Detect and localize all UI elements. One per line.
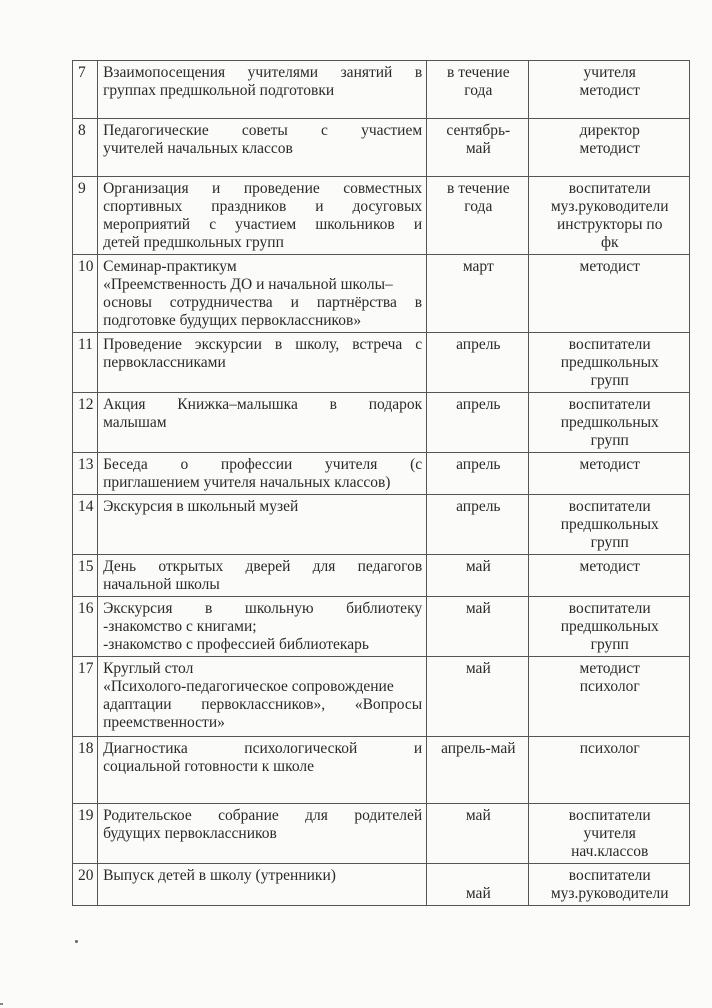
term-cell-line: апрель — [432, 336, 524, 354]
event-cell: Родительское собрание для родителейбудущ… — [98, 804, 427, 864]
responsible-cell-line: фк — [534, 234, 685, 252]
event-cell: Диагностика психологической исоциальной … — [98, 737, 427, 804]
responsible-cell: методистпсихолог — [529, 657, 690, 737]
responsible-cell-line: предшкольных — [534, 414, 685, 432]
stray-dot-mark — [75, 940, 78, 943]
term-cell-line: май — [432, 558, 524, 576]
responsible-cell: воспитателипредшкольныхгрупп — [529, 495, 690, 555]
event-cell-line: «Преемственность ДО и начальной школы– — [103, 276, 422, 294]
event-cell: Семинар-практикум«Преемственность ДО и н… — [98, 255, 427, 333]
row-number: 8 — [73, 119, 98, 177]
event-cell: Организация и проведение совместныхспорт… — [98, 177, 427, 255]
row-number: 17 — [73, 657, 98, 737]
table-row: 16Экскурсия в школьную библиотеку-знаком… — [73, 597, 690, 657]
event-cell-line: мероприятий с участием школьников и — [103, 216, 422, 234]
event-cell: Педагогические советы с участиемучителей… — [98, 119, 427, 177]
row-number: 20 — [73, 864, 98, 906]
responsible-cell-line: групп — [534, 636, 685, 654]
responsible-cell-line: методист — [534, 258, 685, 276]
table-row: 9Организация и проведение совместныхспор… — [73, 177, 690, 255]
responsible-cell-line: методист — [534, 660, 685, 678]
table-row: 14Экскурсия в школьный музейапрельвоспит… — [73, 495, 690, 555]
responsible-cell-line: директор — [534, 122, 685, 140]
table-row: 8Педагогические советы с участиемучителе… — [73, 119, 690, 177]
events-plan-table: 7Взаимопосещения учителями занятий вгруп… — [72, 60, 690, 906]
responsible-cell-line: нач.классов — [534, 843, 685, 861]
event-cell-line: Акция Книжка–малышка в подарок — [103, 396, 422, 414]
term-cell-line: май — [432, 600, 524, 618]
responsible-cell-line: методист — [534, 456, 685, 474]
event-cell-line: адаптации первоклассников», «Вопросы — [103, 696, 422, 714]
event-cell: День открытых дверей для педагоговначаль… — [98, 555, 427, 597]
responsible-cell-line: воспитатели — [534, 336, 685, 354]
event-cell-line: будущих первоклассников — [103, 825, 422, 843]
scan-corner-mark — [0, 1003, 3, 1005]
term-cell: май — [427, 597, 529, 657]
event-cell-line: Экскурсия в школьный музей — [103, 498, 422, 516]
document-page: 7Взаимопосещения учителями занятий вгруп… — [0, 0, 712, 1008]
responsible-cell: воспитателимуз.руководители — [529, 864, 690, 906]
event-cell: Круглый стол«Психолого-педагогическое со… — [98, 657, 427, 737]
row-number: 7 — [73, 61, 98, 119]
event-cell-line: Взаимопосещения учителями занятий в — [103, 64, 422, 82]
event-cell-line: Выпуск детей в школу (утренники) — [103, 867, 422, 885]
event-cell: Акция Книжка–малышка в подарокмалышам — [98, 393, 427, 453]
term-cell: май — [427, 804, 529, 864]
event-cell-line: группах предшкольной подготовки — [103, 82, 422, 100]
term-cell-line: апрель — [432, 456, 524, 474]
table-row: 20Выпуск детей в школу (утренники) майво… — [73, 864, 690, 906]
term-cell: апрель-май — [427, 737, 529, 804]
responsible-cell-line: воспитатели — [534, 396, 685, 414]
row-number: 13 — [73, 453, 98, 495]
term-cell: апрель — [427, 393, 529, 453]
responsible-cell-line: предшкольных — [534, 354, 685, 372]
term-cell-line: май — [432, 660, 524, 678]
term-cell: март — [427, 255, 529, 333]
term-cell-line: март — [432, 258, 524, 276]
row-number: 15 — [73, 555, 98, 597]
term-cell: сентябрь-май — [427, 119, 529, 177]
term-cell: май — [427, 555, 529, 597]
responsible-cell: учителяметодист — [529, 61, 690, 119]
event-cell-line: малышам — [103, 414, 422, 432]
term-cell: апрель — [427, 495, 529, 555]
responsible-cell-line: групп — [534, 432, 685, 450]
event-cell-line: приглашением учителя начальных классов) — [103, 474, 422, 492]
event-cell-line: Организация и проведение совместных — [103, 180, 422, 198]
responsible-cell-line: методист — [534, 140, 685, 158]
event-cell: Экскурсия в школьный музей — [98, 495, 427, 555]
term-cell-line: апрель-май — [432, 740, 524, 758]
table-row: 18Диагностика психологической исоциально… — [73, 737, 690, 804]
table-row: 19Родительское собрание для родителейбуд… — [73, 804, 690, 864]
table-row: 13Беседа о профессии учителя (сприглашен… — [73, 453, 690, 495]
row-number: 11 — [73, 333, 98, 393]
responsible-cell: воспитателипредшкольныхгрупп — [529, 393, 690, 453]
term-cell-line: апрель — [432, 498, 524, 516]
term-cell-line — [432, 867, 524, 885]
row-number: 9 — [73, 177, 98, 255]
event-cell-line: учителей начальных классов — [103, 140, 422, 158]
term-cell-line: в течение — [432, 64, 524, 82]
term-cell-line: года — [432, 82, 524, 100]
responsible-cell-line: групп — [534, 534, 685, 552]
event-cell-line: основы сотрудничества и партнёрства в — [103, 294, 422, 312]
responsible-cell: воспитателимуз.руководителиинструкторы п… — [529, 177, 690, 255]
row-number: 18 — [73, 737, 98, 804]
term-cell-line: апрель — [432, 396, 524, 414]
event-cell-line: -знакомство с профессией библиотекарь — [103, 636, 422, 654]
responsible-cell: воспитателипредшкольныхгрупп — [529, 333, 690, 393]
event-cell-line: первоклассниками — [103, 354, 422, 372]
responsible-cell-line: психолог — [534, 740, 685, 758]
event-cell-line: преемственности» — [103, 714, 422, 732]
responsible-cell-line: воспитатели — [534, 867, 685, 885]
event-cell-line: -знакомство с книгами; — [103, 618, 422, 636]
responsible-cell-line: воспитатели — [534, 600, 685, 618]
responsible-cell: воспитателипредшкольныхгрупп — [529, 597, 690, 657]
event-cell-line: начальной школы — [103, 576, 422, 594]
responsible-cell-line: воспитатели — [534, 498, 685, 516]
table-row: 12Акция Книжка–малышка в подарокмалышама… — [73, 393, 690, 453]
term-cell: апрель — [427, 453, 529, 495]
responsible-cell: методист — [529, 453, 690, 495]
event-cell-line: Круглый стол — [103, 660, 422, 678]
term-cell: в течениегода — [427, 61, 529, 119]
event-cell: Экскурсия в школьную библиотеку-знакомст… — [98, 597, 427, 657]
event-cell: Беседа о профессии учителя (сприглашение… — [98, 453, 427, 495]
table-row: 10Семинар-практикум«Преемственность ДО и… — [73, 255, 690, 333]
table-body: 7Взаимопосещения учителями занятий вгруп… — [73, 61, 690, 906]
event-cell-line: День открытых дверей для педагогов — [103, 558, 422, 576]
row-number: 14 — [73, 495, 98, 555]
event-cell: Проведение экскурсии в школу, встреча сп… — [98, 333, 427, 393]
responsible-cell-line: психолог — [534, 678, 685, 696]
table-row: 17Круглый стол«Психолого-педагогическое … — [73, 657, 690, 737]
event-cell-line: Экскурсия в школьную библиотеку — [103, 600, 422, 618]
responsible-cell-line: инструкторы по — [534, 216, 685, 234]
responsible-cell: методист — [529, 555, 690, 597]
event-cell-line: Педагогические советы с участием — [103, 122, 422, 140]
term-cell-line: май — [432, 140, 524, 158]
term-cell-line: сентябрь- — [432, 122, 524, 140]
event-cell: Выпуск детей в школу (утренники) — [98, 864, 427, 906]
term-cell-line: в течение — [432, 180, 524, 198]
table-row: 11Проведение экскурсии в школу, встреча … — [73, 333, 690, 393]
table-row: 15День открытых дверей для педагоговнача… — [73, 555, 690, 597]
term-cell-line: май — [432, 885, 524, 903]
table-row: 7Взаимопосещения учителями занятий вгруп… — [73, 61, 690, 119]
event-cell-line: Семинар-практикум — [103, 258, 422, 276]
row-number: 19 — [73, 804, 98, 864]
responsible-cell-line: воспитатели — [534, 807, 685, 825]
event-cell-line: Диагностика психологической и — [103, 740, 422, 758]
term-cell-line: май — [432, 807, 524, 825]
event-cell-line: детей предшкольных групп — [103, 234, 422, 252]
term-cell: апрель — [427, 333, 529, 393]
event-cell-line: Родительское собрание для родителей — [103, 807, 422, 825]
responsible-cell-line: муз.руководители — [534, 198, 685, 216]
responsible-cell-line: предшкольных — [534, 618, 685, 636]
row-number: 12 — [73, 393, 98, 453]
responsible-cell-line: учителя — [534, 64, 685, 82]
responsible-cell: воспитателиучителянач.классов — [529, 804, 690, 864]
responsible-cell-line: методист — [534, 558, 685, 576]
term-cell: май — [427, 657, 529, 737]
responsible-cell: методист — [529, 255, 690, 333]
event-cell-line: Беседа о профессии учителя (с — [103, 456, 422, 474]
responsible-cell-line: групп — [534, 372, 685, 390]
term-cell-line: года — [432, 198, 524, 216]
event-cell-line: Проведение экскурсии в школу, встреча с — [103, 336, 422, 354]
responsible-cell-line: муз.руководители — [534, 885, 685, 903]
event-cell-line: подготовке будущих первоклассников» — [103, 312, 422, 330]
event-cell: Взаимопосещения учителями занятий вгрупп… — [98, 61, 427, 119]
event-cell-line: спортивных праздников и досуговых — [103, 198, 422, 216]
term-cell: май — [427, 864, 529, 906]
event-cell-line: «Психолого-педагогическое сопровождение — [103, 678, 422, 696]
responsible-cell-line: предшкольных — [534, 516, 685, 534]
row-number: 16 — [73, 597, 98, 657]
term-cell: в течениегода — [427, 177, 529, 255]
responsible-cell-line: учителя — [534, 825, 685, 843]
responsible-cell: директорметодист — [529, 119, 690, 177]
responsible-cell-line: воспитатели — [534, 180, 685, 198]
row-number: 10 — [73, 255, 98, 333]
responsible-cell: психолог — [529, 737, 690, 804]
responsible-cell-line: методист — [534, 82, 685, 100]
event-cell-line: социальной готовности к школе — [103, 758, 422, 776]
